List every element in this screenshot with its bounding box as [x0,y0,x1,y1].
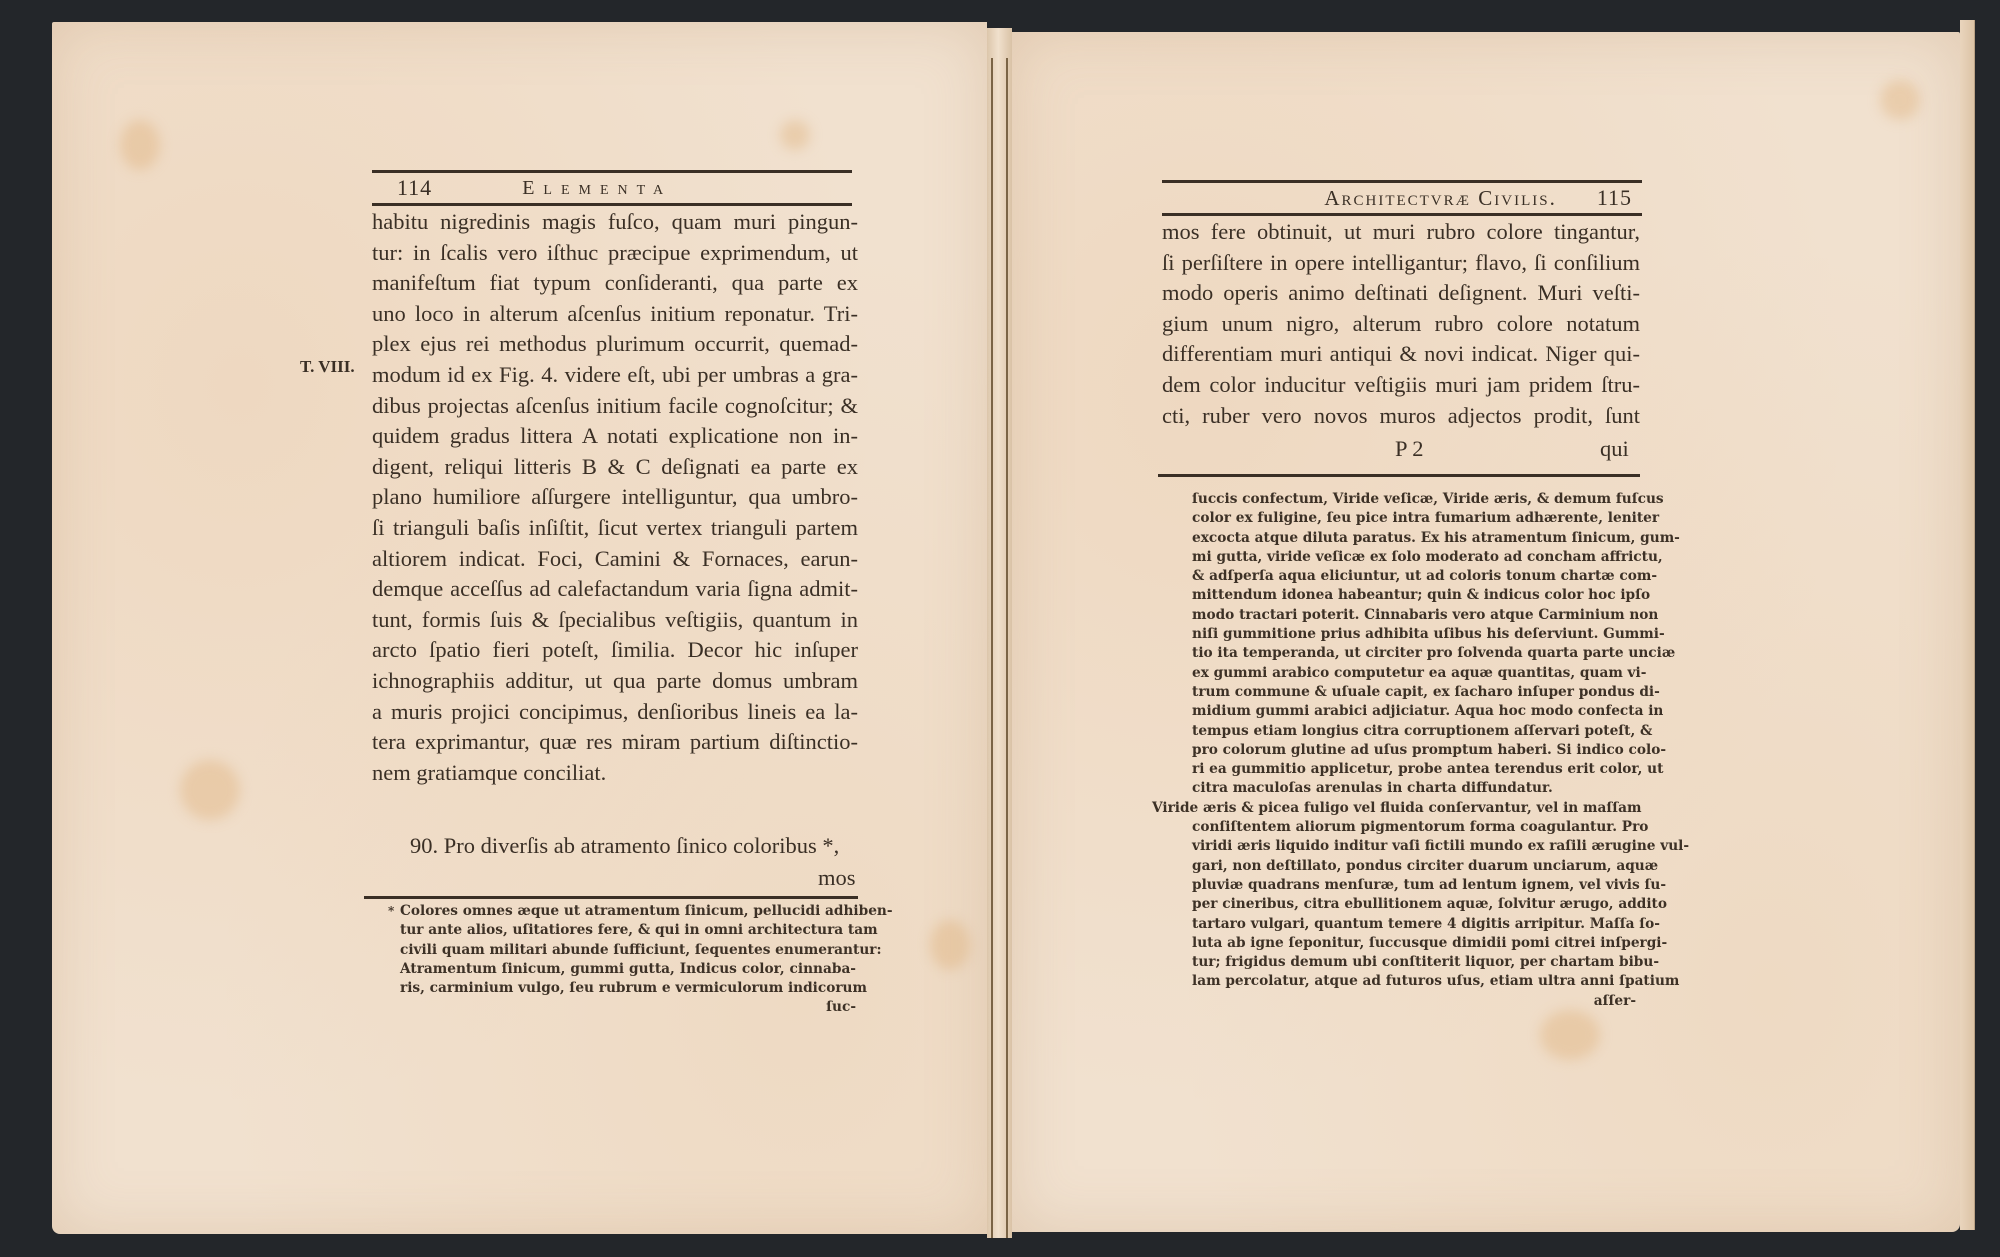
text-line: modum id ex Fig. 4. videre eſt, ubi per … [372,360,858,391]
text-line: manifeſtum fiat typum conſideranti, qua … [372,268,858,299]
left-running-head: 114 Elementa [372,170,852,206]
gutter-fold-right [1006,58,1008,1238]
footnote-line: ſuccis confectum, Viride veſicæ, Viride … [1192,490,1636,509]
text-line: tunt, formis ſuis & ſpecialibus veſtigii… [372,605,858,636]
section-90-heading: 90. Pro diverſis ab atramento ſinico col… [410,833,839,859]
right-body-text: mos fere obtinuit, ut muri rubro colore … [1162,217,1640,431]
footnote-line: conſiſtentem aliorum pigmentorum forma c… [1192,818,1636,837]
text-line: digent, reliqui litteris B & C deſignati… [372,452,858,483]
plate-reference: T. VIII. [300,357,355,377]
text-line: demque acceſſus ad calefactandum varia ſ… [372,574,858,605]
text-line: mos fere obtinuit, ut muri rubro colore … [1162,217,1640,248]
footnote-line: & adſperſa aqua eliciuntur, ut ad colori… [1192,567,1636,586]
text-line: nem gratiamque conciliat. [372,758,858,789]
footnote-rule [1158,474,1640,477]
footnote-line: luta ab igne ſeponitur, ſuccusque dimidi… [1192,934,1636,953]
text-line: plano humiliore aſſurgere intelliguntur,… [372,482,858,513]
text-line: a muris projici concipimus, denſioribus … [372,697,858,728]
text-line: dibus projectas aſcenſus initium facile … [372,391,858,422]
foxing-stain [780,120,810,150]
footnote-line: mi gutta, viride veſicæ ex ſolo moderato… [1192,548,1636,567]
footnote-line: ri ea gummitio applicetur, probe antea t… [1192,760,1636,779]
footnote-line: niſi gummitione prius adhibita uſibus hi… [1192,625,1636,644]
footnote-line: tur; frigidus demum ubi conſtiterit liqu… [1192,953,1636,972]
footnote-line: modo tractari poterit. Cinnabaris vero a… [1192,606,1636,625]
footnote-line: lam percolatur, atque ad futuros uſus, e… [1192,972,1636,991]
footnote-line: Colores omnes æque ut atramentum ſinicum… [400,902,856,921]
footnote-line: mittendum idonea habeantur; quin & indic… [1192,586,1636,605]
footnote-line: tio ita temperanda, ut circiter pro ſolv… [1192,644,1636,663]
text-line: ſi trianguli baſis inſiſtit, ſicut verte… [372,513,858,544]
book-gutter [987,28,1012,1238]
page-stack-edge [1960,20,1975,1230]
right-running-head: Architectvræ Civilis. 115 [1162,180,1642,216]
right-footnote: ſuccis confectum, Viride veſicæ, Viride … [1192,490,1636,1011]
footnote-line: tempus etiam longius citra corruptionem … [1192,722,1636,741]
foxing-stain [120,120,160,170]
text-line: plex ejus rei methodus plurimum occurrit… [372,329,858,360]
footnote-line: color ex fuligine, ſeu pice intra fumari… [1192,509,1636,528]
text-line: altiorem indicat. Foci, Camini & Fornace… [372,544,858,575]
text-line: modo operis animo deſtinati deſignent. M… [1162,278,1640,309]
footnote-line: tartaro vulgari, quantum temere 4 digiti… [1192,915,1636,934]
text-line: uno loco in alterum aſcenſus initium rep… [372,299,858,330]
text-line: ichnographiis additur, ut qua parte domu… [372,666,858,697]
left-footnote: * Colores omnes æque ut atramentum ſinic… [400,902,856,1018]
text-line: habitu nigredinis magis fuſco, quam muri… [372,207,858,238]
signature-mark: P 2 [1395,436,1424,462]
running-title: Architectvræ Civilis. [1324,186,1557,211]
footnote-line: trum commune & uſuale capit, ex ſacharo … [1192,683,1636,702]
left-body-text: habitu nigredinis magis fuſco, quam muri… [372,207,858,788]
footnote-line: Atramentum ſinicum, gummi gutta, Indicus… [400,960,856,979]
foxing-stain [180,760,240,820]
text-line: cti, ruber vero novos muros adjectos pro… [1162,401,1640,432]
text-line: differentiam muri antiqui & novi indicat… [1162,339,1640,370]
footnote-line: tur ante alios, uſitatiores fere, & qui … [400,921,856,940]
catchword: qui [1600,436,1629,462]
text-line: arcto ſpatio fieri poteſt, ſimilia. Deco… [372,635,858,666]
footnote-line: midium gummi arabici adjiciatur. Aqua ho… [1192,702,1636,721]
text-line: tur: in ſcalis vero iſthuc præcipue expr… [372,238,858,269]
footnote-line: ex gummi arabico computetur ea aquæ quan… [1192,664,1636,683]
footnote-catchword: aſſer- [1192,992,1636,1011]
text-line: tera exprimantur, quæ res miram partium … [372,727,858,758]
footnote-line: gari, non deſtillato, pondus circiter du… [1192,857,1636,876]
footnote-line: excocta atque diluta paratus. Ex his atr… [1192,529,1636,548]
footnote-line: pluviæ quadrans menſuræ, tum ad lentum i… [1192,876,1636,895]
foxing-stain [930,920,970,970]
footnote-line: ris, carminium vulgo, ſeu rubrum e vermi… [400,979,856,998]
footnote-line: civili quam militari abunde ſufficiunt, … [400,941,856,960]
footnote-line: pro colorum glutine ad uſus promptum hab… [1192,741,1636,760]
catchword: mos [818,865,856,891]
footnote-line: citra maculoſas arenulas in charta diffu… [1192,779,1636,798]
text-line: quidem gradus littera A notati explicati… [372,421,858,452]
gutter-fold-left [991,58,993,1238]
foxing-stain [1880,80,1920,120]
footnote-marker: * [388,902,394,921]
footnote-line: per cineribus, citra ebullitionem aquæ, … [1192,895,1636,914]
page-number: 114 [397,175,432,201]
running-title: Elementa [522,177,672,200]
footnote-catchword: ſuc- [400,998,856,1017]
text-line: gium unum nigro, alterum rubro colore no… [1162,309,1640,340]
footnote-rule [364,896,858,899]
text-line: dem color inducitur veſtigiis muri jam p… [1162,370,1640,401]
foxing-stain [1540,1010,1600,1060]
text-line: ſi perſiſtere in opere intelligantur; fl… [1162,248,1640,279]
footnote-line: Viride æris & picea fuligo vel fluida co… [1152,799,1636,818]
footnote-line: viridi æris liquido inditur vaſi fictili… [1192,837,1636,856]
page-number: 115 [1597,185,1632,211]
